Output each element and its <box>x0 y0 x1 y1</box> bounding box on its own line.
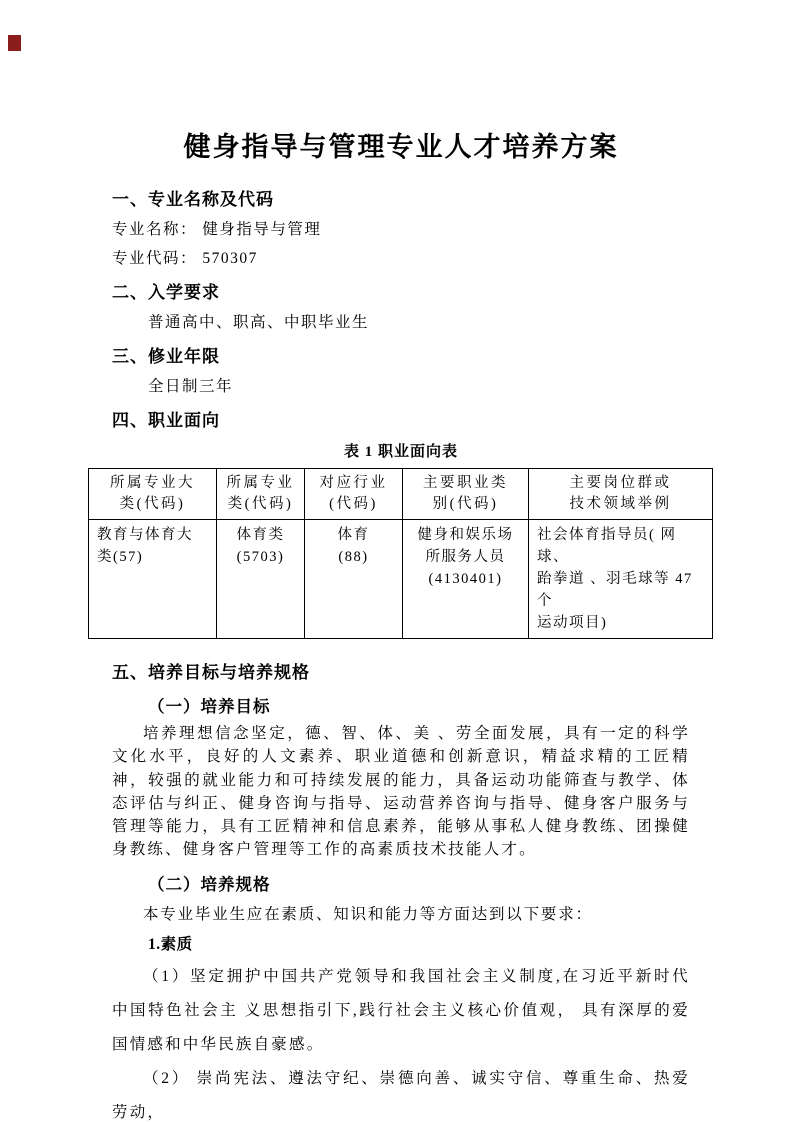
quality-heading: 1.素质 <box>148 934 690 956</box>
cell-post-group: 社会体育指导员( 网球、 跆拳道 、羽毛球等 47 个 运动项目) <box>529 520 713 639</box>
table-header-row: 所属专业大 类(代码) 所属专业 类(代码) 对应行业 (代码) 主要职业类 别… <box>89 469 713 520</box>
quality-item-2: （2） 崇尚宪法、遵法守纪、崇德向善、诚实守信、尊重生命、热爱劳动， <box>112 1062 690 1122</box>
document-page: 健身指导与管理专业人才培养方案 一、专业名称及代码 专业名称： 健身指导与管理 … <box>0 0 793 1122</box>
header-major-category: 所属专业大 类(代码) <box>89 469 217 520</box>
section-5-heading: 五、培养目标与培养规格 <box>112 661 690 684</box>
cell-major-class: 体育类 (5703) <box>217 520 305 639</box>
cell-major-category: 教育与体育大 类(57) <box>89 520 217 639</box>
header-major-class: 所属专业 类(代码) <box>217 469 305 520</box>
header-industry: 对应行业 (代码) <box>305 469 403 520</box>
cell-industry: 体育 (88) <box>305 520 403 639</box>
requirements-intro: 本专业毕业生应在素质、知识和能力等方面达到以下要求： <box>112 904 690 926</box>
section-4-heading: 四、职业面向 <box>112 409 690 432</box>
section-2-heading: 二、入学要求 <box>112 281 690 304</box>
major-name-line: 专业名称： 健身指导与管理 <box>112 219 690 240</box>
document-content: 健身指导与管理专业人才培养方案 一、专业名称及代码 专业名称： 健身指导与管理 … <box>112 130 690 1122</box>
section-1-heading: 一、专业名称及代码 <box>112 188 690 211</box>
corner-mark <box>8 35 21 51</box>
subsection-1-heading: （一）培养目标 <box>148 696 690 718</box>
career-orientation-table: 所属专业大 类(代码) 所属专业 类(代码) 对应行业 (代码) 主要职业类 别… <box>88 468 713 639</box>
quality-item-1: （1）坚定拥护中国共产党领导和我国社会主义制度,在习近平新时代中国特色社会主 义… <box>112 960 690 1062</box>
cell-occupation-category: 健身和娱乐场 所服务人员 (4130401) <box>403 520 529 639</box>
header-post-group: 主要岗位群或 技术领域举例 <box>529 469 713 520</box>
training-objective-paragraph: 培养理想信念坚定，德、智、体、美 、劳全面发展，具有一定的科学文化水平，良好的人… <box>112 722 690 862</box>
major-code-line: 专业代码： 570307 <box>112 248 690 269</box>
table-caption: 表 1 职业面向表 <box>112 442 690 462</box>
section-3-heading: 三、修业年限 <box>112 345 690 368</box>
subsection-2-heading: （二）培养规格 <box>148 874 690 896</box>
enrollment-requirement: 普通高中、职高、中职毕业生 <box>148 312 690 333</box>
table-row: 教育与体育大 类(57) 体育类 (5703) 体育 (88) 健身和娱乐场 所… <box>89 520 713 639</box>
document-title: 健身指导与管理专业人才培养方案 <box>112 130 690 164</box>
header-occupation-category: 主要职业类 别(代码) <box>403 469 529 520</box>
study-duration: 全日制三年 <box>148 376 690 397</box>
